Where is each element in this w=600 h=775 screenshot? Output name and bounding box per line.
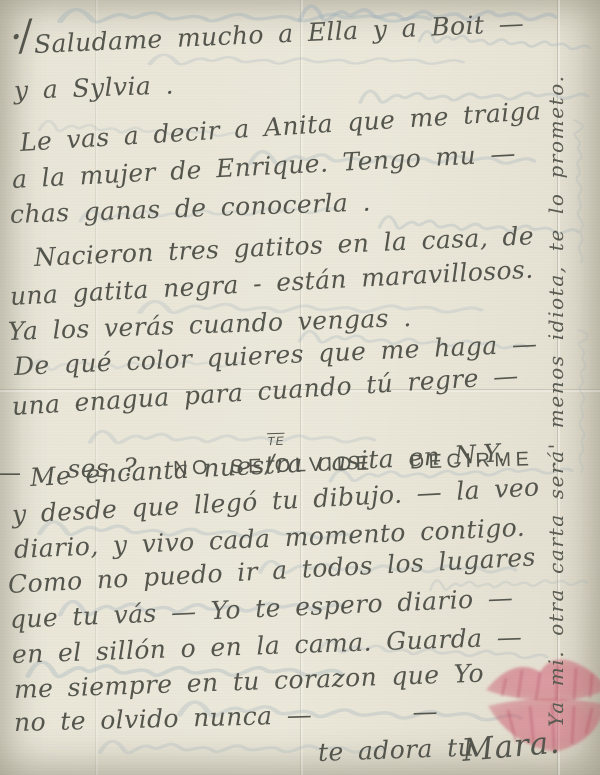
signature: Mara.	[460, 724, 561, 768]
letter-page: ·/ — Saludame mucho a Ella y a Boit — y …	[0, 0, 600, 775]
handwritten-line: Saludame mucho a Ella y a Boit —	[33, 9, 524, 59]
handwritten-line: no te olvido nunca — —	[14, 697, 439, 737]
closing-line: te adora tu	[317, 733, 474, 767]
insert-text: TE	[267, 434, 285, 448]
margin-note: Ya mi. otra carta será' menos idiota, te…	[544, 22, 568, 727]
corner-mark: ·/	[6, 13, 32, 61]
handwritten-line: y a Sylvia .	[13, 70, 174, 105]
handwritten-line: chas ganas de conocerla .	[9, 187, 371, 229]
